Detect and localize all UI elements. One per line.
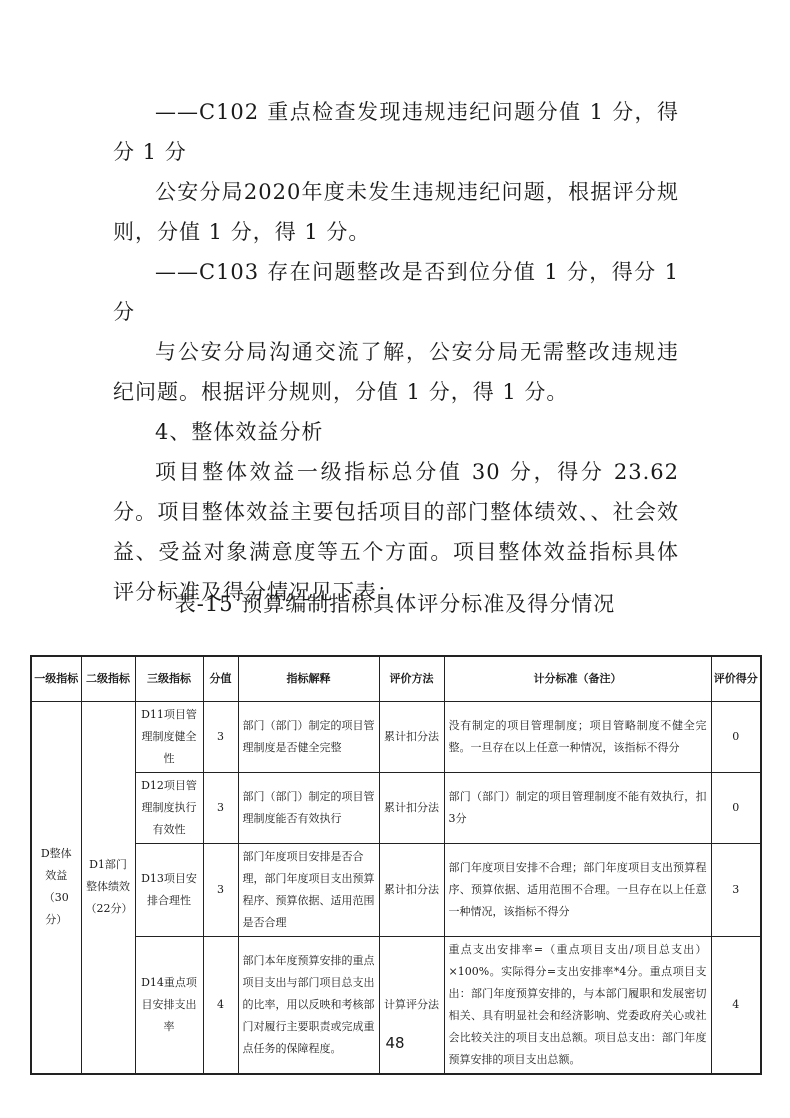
table-caption: 表-15 预算编制指标具体评分标准及得分情况 <box>0 588 790 618</box>
method-d14: 计算评分法 <box>379 936 444 1074</box>
points-d11: 3 <box>203 701 238 772</box>
col-header-standard: 计分标准（备注） <box>444 656 711 701</box>
score-d13: 3 <box>711 843 761 936</box>
section-heading-overall-benefit: 4、整体效益分析 <box>113 412 679 452</box>
level2-indicator-cell: D1部门整体绩效（22分） <box>81 701 135 1074</box>
table-header-row: 一级指标 二级指标 三级指标 分值 指标解释 评价方法 计分标准（备注） 评价得… <box>31 656 761 701</box>
document-page: ——C102 重点检查发现违规违纪问题分值 1 分，得分 1 分 公安分局202… <box>0 0 790 1118</box>
indicator-d11: D11项目管理制度健全性 <box>135 701 203 772</box>
points-d12: 3 <box>203 772 238 843</box>
paragraph-c103: ——C103 存在问题整改是否到位分值 1 分，得分 1 分 <box>113 252 679 332</box>
col-header-level1: 一级指标 <box>31 656 81 701</box>
col-header-level3: 三级指标 <box>135 656 203 701</box>
table-row: D12项目管理制度执行有效性 3 部门（部门）制定的项目管理制度能否有效执行 累… <box>31 772 761 843</box>
method-d13: 累计扣分法 <box>379 843 444 936</box>
method-d12: 累计扣分法 <box>379 772 444 843</box>
explanation-d11: 部门（部门）制定的项目管理制度是否健全完整 <box>238 701 379 772</box>
table-row: D整体效益（30分） D1部门整体绩效（22分） D11项目管理制度健全性 3 … <box>31 701 761 772</box>
table-row: D13项目安排合理性 3 部门年度项目安排是否合理，部门年度项目支出预算程序、预… <box>31 843 761 936</box>
score-d11: 0 <box>711 701 761 772</box>
standard-d13: 部门年度项目安排不合理；部门年度项目支出预算程序、预算依据、适用范围不合理。一旦… <box>444 843 711 936</box>
explanation-d14: 部门本年度预算安排的重点项目支出与部门项目总支出的比率，用以反映和考核部门对履行… <box>238 936 379 1074</box>
paragraph-c103-result: 与公安分局沟通交流了解，公安分局无需整改违规违纪问题。根据评分规则，分值 1 分… <box>113 332 679 412</box>
col-header-level2: 二级指标 <box>81 656 135 701</box>
page-number: 48 <box>0 1034 790 1052</box>
method-d11: 累计扣分法 <box>379 701 444 772</box>
paragraph-c102: ——C102 重点检查发现违规违纪问题分值 1 分，得分 1 分 <box>113 92 679 172</box>
evaluation-table: 一级指标 二级指标 三级指标 分值 指标解释 评价方法 计分标准（备注） 评价得… <box>30 655 762 1075</box>
points-d13: 3 <box>203 843 238 936</box>
indicator-d13: D13项目安排合理性 <box>135 843 203 936</box>
explanation-d12: 部门（部门）制定的项目管理制度能否有效执行 <box>238 772 379 843</box>
level1-indicator-cell: D整体效益（30分） <box>31 701 81 1074</box>
indicator-d12: D12项目管理制度执行有效性 <box>135 772 203 843</box>
score-d12: 0 <box>711 772 761 843</box>
col-header-points: 分值 <box>203 656 238 701</box>
indicator-d14: D14重点项目安排支出率 <box>135 936 203 1074</box>
standard-d14: 重点支出安排率=（重点项目支出/项目总支出）×100%。实际得分=支出安排率*4… <box>444 936 711 1074</box>
col-header-explanation: 指标解释 <box>238 656 379 701</box>
points-d14: 4 <box>203 936 238 1074</box>
standard-d11: 没有制定的项目管理制度；项目管略制度不健全完整。一旦存在以上任意一种情况，该指标… <box>444 701 711 772</box>
paragraph-c102-result: 公安分局2020年度未发生违规违纪问题，根据评分规则，分值 1 分，得 1 分。 <box>113 172 679 252</box>
table-row: D14重点项目安排支出率 4 部门本年度预算安排的重点项目支出与部门项目总支出的… <box>31 936 761 1074</box>
col-header-score: 评价得分 <box>711 656 761 701</box>
standard-d12: 部门（部门）制定的项目管理制度不能有效执行，扣3分 <box>444 772 711 843</box>
col-header-method: 评价方法 <box>379 656 444 701</box>
score-d14: 4 <box>711 936 761 1074</box>
explanation-d13: 部门年度项目安排是否合理，部门年度项目支出预算程序、预算依据、适用范围是否合理 <box>238 843 379 936</box>
document-body: ——C102 重点检查发现违规违纪问题分值 1 分，得分 1 分 公安分局202… <box>113 92 679 612</box>
